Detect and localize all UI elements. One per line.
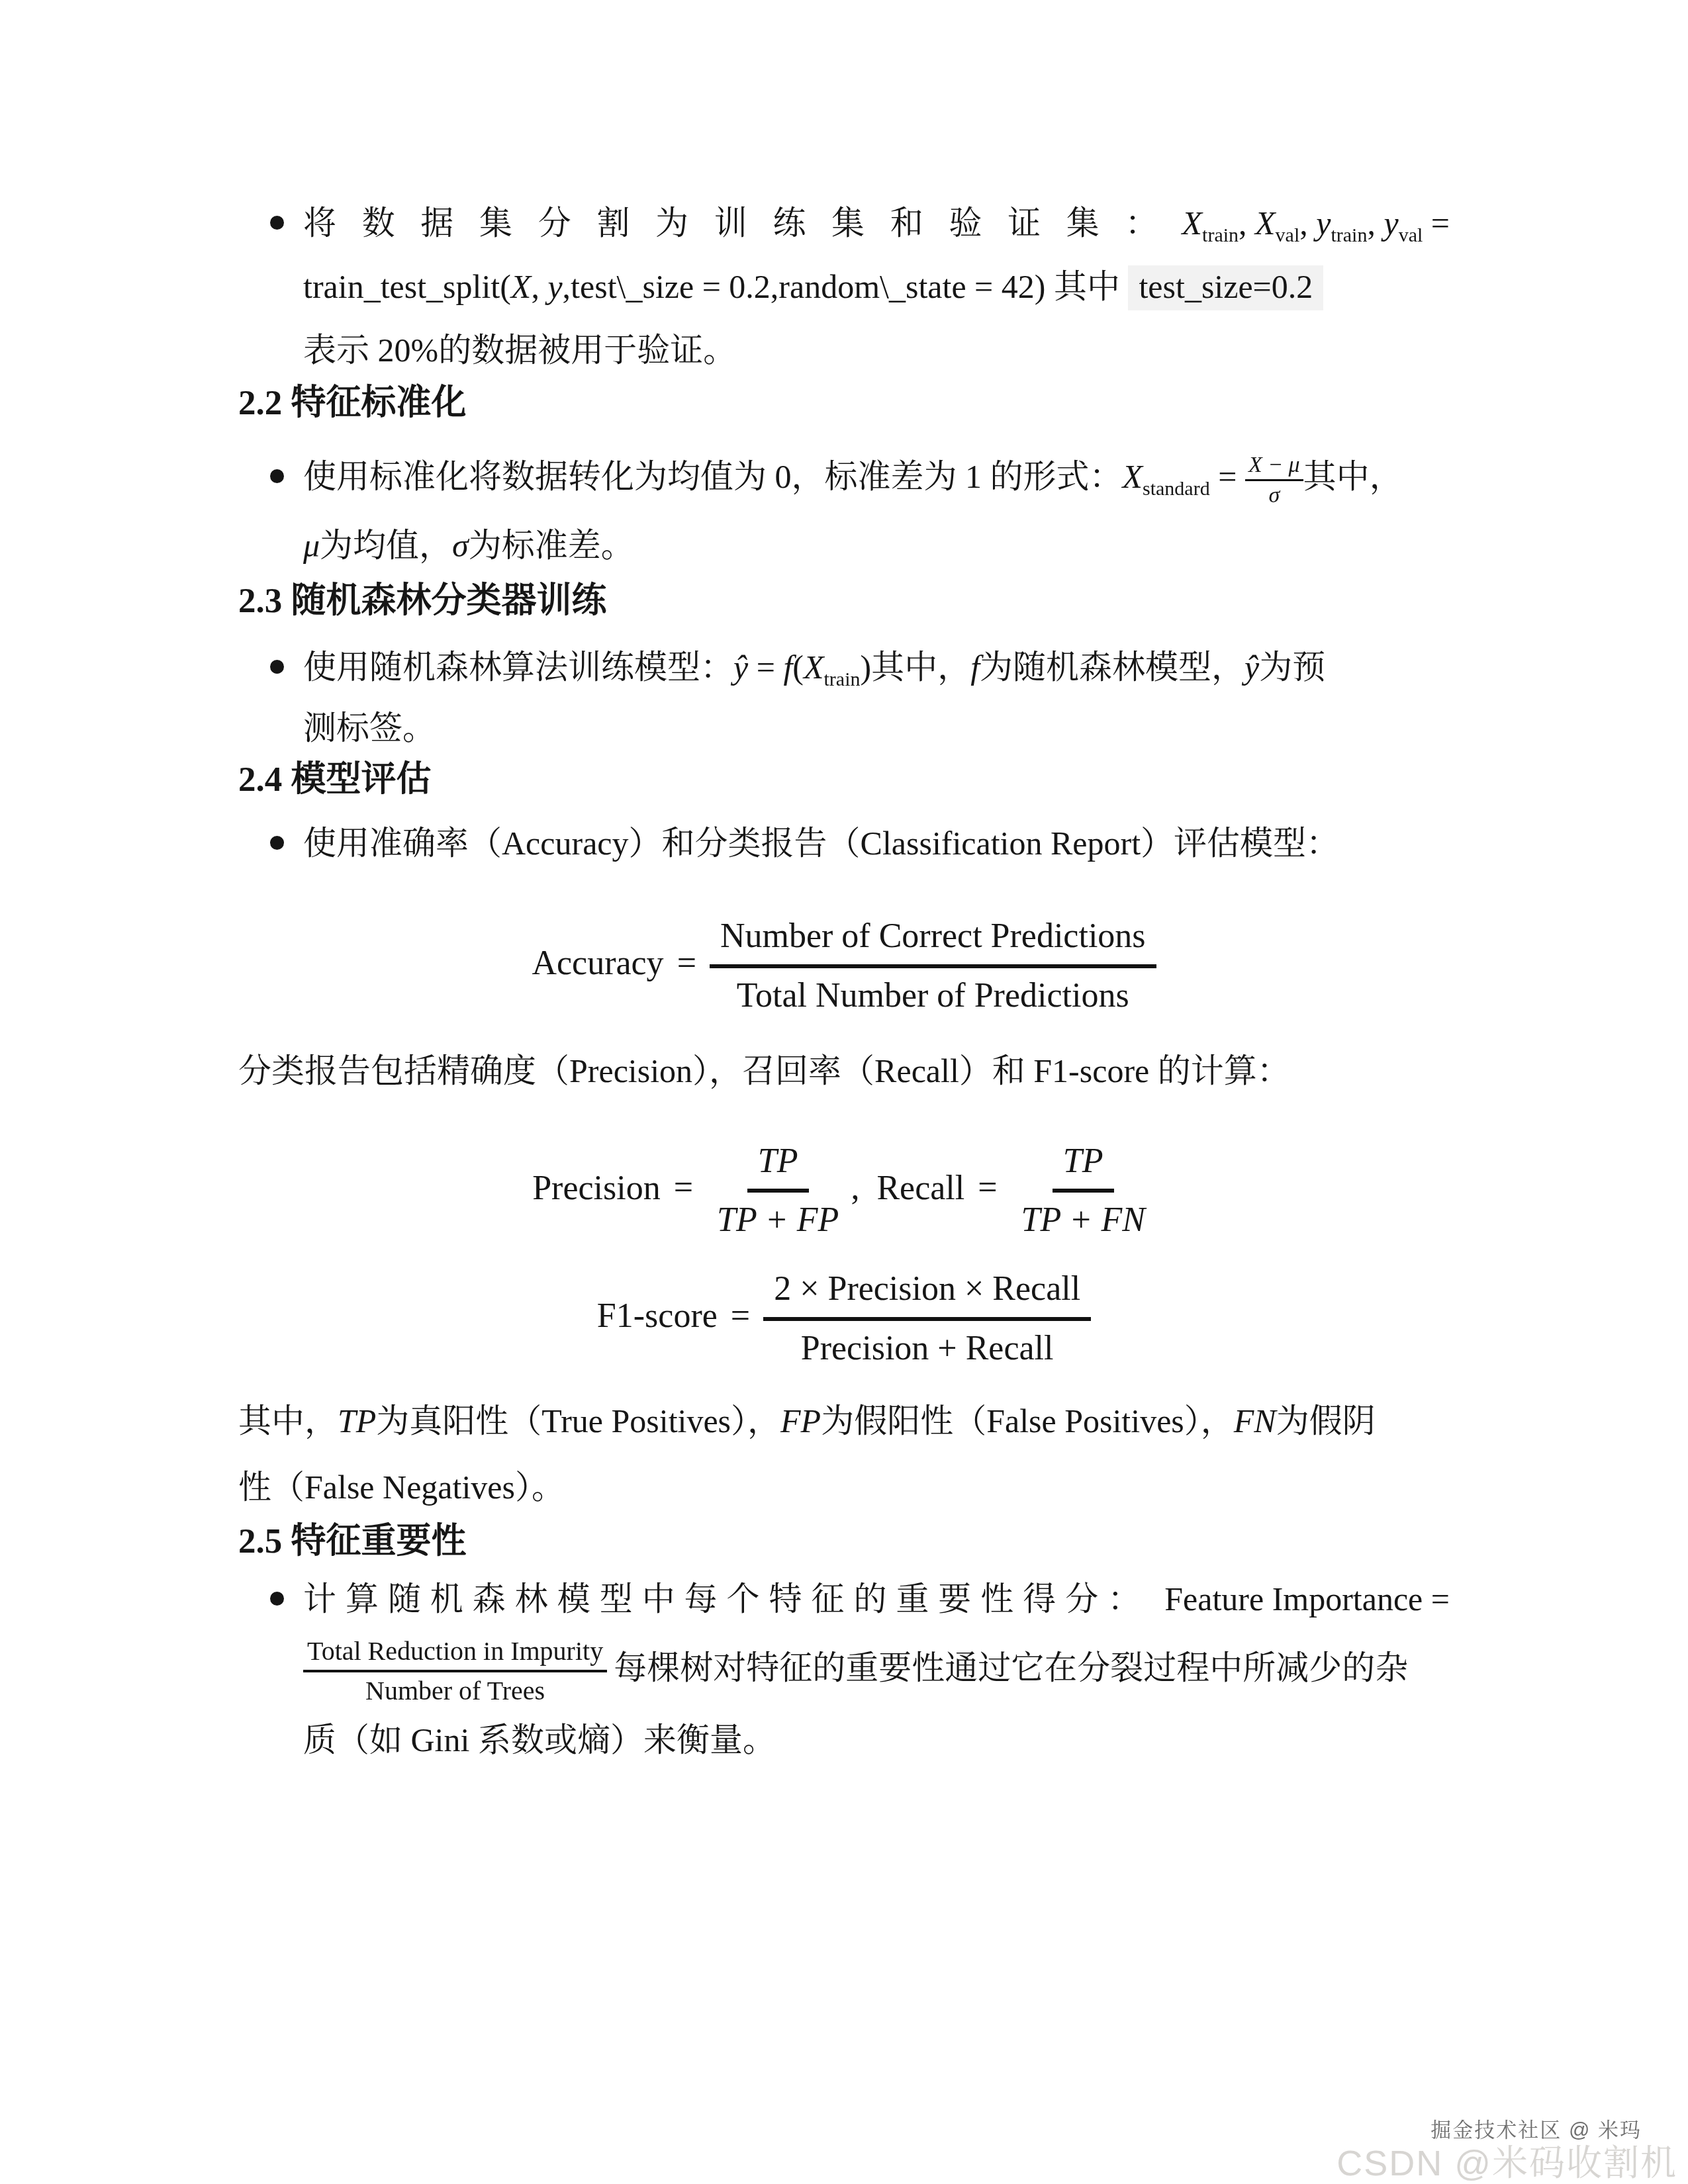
var-x-val: X (1255, 205, 1276, 242)
formula-lhs: F1-score (597, 1297, 718, 1335)
bullet-rf-training: 使用随机森林算法训练模型：ŷ = f(Xtrain)其中，f为随机森林模型，ŷ为… (238, 637, 1450, 758)
fraction-numerator: X − μ (1245, 453, 1303, 481)
var-f: f (970, 649, 980, 686)
fraction-precision: TPTP + FP (706, 1142, 849, 1241)
formula-accuracy: Accuracy=Number of Correct PredictionsTo… (238, 917, 1450, 1016)
section-heading-2-2: 2.2 特征标准化 (238, 382, 1450, 424)
equals: = (731, 1297, 750, 1335)
fraction-recall: TPTP + FN (1011, 1142, 1156, 1241)
text: 为预 (1259, 649, 1325, 686)
fraction-numerator: TP (1053, 1142, 1114, 1193)
var-tp: TP (338, 1402, 376, 1439)
bullet-icon (270, 469, 284, 483)
fraction-denominator: Number of Trees (361, 1672, 549, 1706)
sub-standard: standard (1143, 478, 1210, 500)
fraction-denominator: σ (1265, 481, 1283, 508)
sub-train: train (824, 668, 861, 690)
text: 其中， (871, 649, 970, 686)
fraction-accuracy: Number of Correct PredictionsTotal Numbe… (710, 917, 1156, 1016)
var-x: X (804, 649, 824, 686)
comma: , (851, 1169, 859, 1206)
bullet-line-1: 使用准确率（Accuracy）和分类报告（Classification Repo… (303, 811, 1450, 875)
bullet-line-2: μ为均值，σ为标准差。 (303, 511, 1450, 580)
bullet-evaluation: 使用准确率（Accuracy）和分类报告（Classification Repo… (238, 811, 1450, 875)
text: 其中， (238, 1402, 338, 1439)
equals: = (677, 944, 696, 982)
fraction-numerator: 2 × Precision × Recall (763, 1269, 1091, 1321)
bullet-icon (270, 836, 284, 850)
var-sigma: σ (452, 527, 469, 564)
equals: = (1210, 458, 1245, 495)
text: 其中， (1303, 458, 1403, 495)
bullet-icon (270, 216, 284, 230)
sub-val: val (1276, 224, 1300, 246)
text: 为假阳性（False Positives）， (821, 1402, 1234, 1439)
formula-lhs: Recall (876, 1169, 964, 1206)
bullet-line-2: train_test_split(X, y,test\_size = 0.2,r… (303, 255, 1450, 318)
sep: , (1367, 205, 1383, 242)
formula-lhs: Precision (532, 1169, 661, 1206)
text: 为真阳性（True Positives）， (376, 1402, 780, 1439)
var-x: X (1123, 458, 1143, 495)
var-fn: FN (1234, 1402, 1276, 1439)
bullet-line-1: 使用随机森林算法训练模型：ŷ = f(Xtrain)其中，f为随机森林模型，ŷ为… (303, 637, 1450, 698)
sep: , (1239, 205, 1255, 242)
bullet-line-1: 将数据集分割为训练集和验证集： Xtrain, Xval, ytrain, yv… (303, 191, 1450, 255)
bullet-line-2: 测标签。 (303, 698, 1450, 758)
var-mu: μ (303, 527, 320, 564)
bullet-line-3: 表示 20%的数据被用于验证。 (303, 318, 1450, 382)
equals: = (978, 1169, 997, 1206)
section-heading-2-4: 2.4 模型评估 (238, 758, 1450, 801)
bullet-dataset-split: 将数据集分割为训练集和验证集： Xtrain, Xval, ytrain, yv… (238, 191, 1450, 382)
formula-lhs: Accuracy (532, 944, 663, 982)
bullet-feature-importance: 计算随机森林模型中每个特征的重要性得分： Feature Importance … (238, 1565, 1450, 1775)
var-y: y (547, 268, 562, 305)
var-fp: FP (780, 1402, 821, 1439)
var-yhat: ŷ (733, 649, 748, 686)
sub-train: train (1331, 224, 1367, 246)
fraction-numerator: Number of Correct Predictions (710, 917, 1156, 968)
document-body: 将数据集分割为训练集和验证集： Xtrain, Xval, ytrain, yv… (238, 0, 1450, 1774)
fraction-denominator: Total Number of Predictions (726, 968, 1140, 1016)
bullet-text-cn: 将数据集分割为训练集和验证集： (303, 191, 1158, 255)
fraction-denominator: TP + FP (706, 1193, 849, 1240)
section-heading-2-3: 2.3 随机森林分类器训练 (238, 580, 1450, 622)
fraction-denominator: Precision + Recall (790, 1321, 1064, 1369)
section-heading-2-5: 2.5 特征重要性 (238, 1520, 1450, 1563)
paragraph-line-2: 性（False Negatives）。 (238, 1454, 1450, 1520)
bullet-line-3: 质（如 Gini 系数或熵）来衡量。 (303, 1706, 1450, 1774)
fraction-standardization: X − μσ (1245, 453, 1303, 508)
text: 为均值， (320, 527, 452, 564)
paragraph-definitions: 其中，TP为真阳性（True Positives），FP为假阳性（False P… (238, 1388, 1450, 1520)
text: 使用随机森林算法训练模型： (303, 649, 733, 686)
var-y-train: y (1316, 205, 1331, 242)
text: 为假阴 (1276, 1402, 1376, 1439)
var-x: X (511, 268, 532, 305)
formula-f1-score: F1-score=2 × Precision × RecallPrecision… (238, 1269, 1450, 1369)
bullet-icon (270, 1592, 284, 1606)
text: 为随机森林模型， (980, 649, 1244, 686)
watermark-csdn: CSDN @米码收割机 (1336, 2135, 1677, 2184)
var-f: f (783, 649, 792, 686)
fraction-numerator: Total Reduction in Impurity (303, 1637, 607, 1672)
sep: = (1423, 205, 1450, 242)
paren: ) (861, 649, 872, 686)
bullet-line-1: 计算随机森林模型中每个特征的重要性得分： Feature Importance … (303, 1565, 1450, 1633)
fn-name: train_test_split( (303, 268, 511, 305)
fraction-denominator: TP + FN (1011, 1193, 1156, 1240)
inline-code-test-size: test_size=0.2 (1128, 265, 1323, 310)
formula-precision-recall: Precision=TPTP + FP,Recall=TPTP + FN (238, 1142, 1450, 1241)
sub-train: train (1202, 224, 1239, 246)
equals: = (674, 1169, 693, 1206)
sub-val: val (1399, 224, 1423, 246)
bullet-icon (270, 660, 284, 674)
comma: , (531, 268, 547, 305)
fraction-numerator: TP (747, 1142, 809, 1193)
equals: = (748, 649, 783, 686)
paragraph-report: 分类报告包括精确度（Precision），召回率（Recall）和 F1-sco… (238, 1039, 1450, 1103)
fraction-feature-importance: Total Reduction in ImpurityNumber of Tre… (303, 1637, 607, 1706)
var-y-val: y (1383, 205, 1398, 242)
bullet-line-1: 使用标准化将数据转化为均值为 0，标准差为 1 的形式：Xstandard = … (303, 442, 1450, 511)
fraction-f1: 2 × Precision × RecallPrecision + Recall (763, 1269, 1091, 1369)
text: 为标准差。 (469, 527, 634, 564)
bullet-line-2: Total Reduction in ImpurityNumber of Tre… (303, 1633, 1450, 1706)
text: 每棵树对特征的重要性通过它在分裂过程中所减少的杂 (614, 1649, 1408, 1686)
var-x-train: X (1182, 205, 1203, 242)
bullet-standardization: 使用标准化将数据转化为均值为 0，标准差为 1 的形式：Xstandard = … (238, 442, 1450, 580)
fn-args: ,test\_size = 0.2,random\_state = 42) 其中 (563, 268, 1129, 305)
feature-importance-lhs: Feature Importance = (1141, 1565, 1450, 1633)
paragraph-line-1: 其中，TP为真阳性（True Positives），FP为假阳性（False P… (238, 1388, 1450, 1454)
text: 使用标准化将数据转化为均值为 0，标准差为 1 的形式： (303, 458, 1123, 495)
math-split-vars: Xtrain, Xval, ytrain, yval = (1158, 191, 1450, 255)
paren: ( (792, 649, 804, 686)
var-yhat: ŷ (1244, 649, 1259, 686)
bullet-text-cn: 计算随机森林模型中每个特征的重要性得分： (303, 1565, 1141, 1633)
sep: , (1299, 205, 1316, 242)
